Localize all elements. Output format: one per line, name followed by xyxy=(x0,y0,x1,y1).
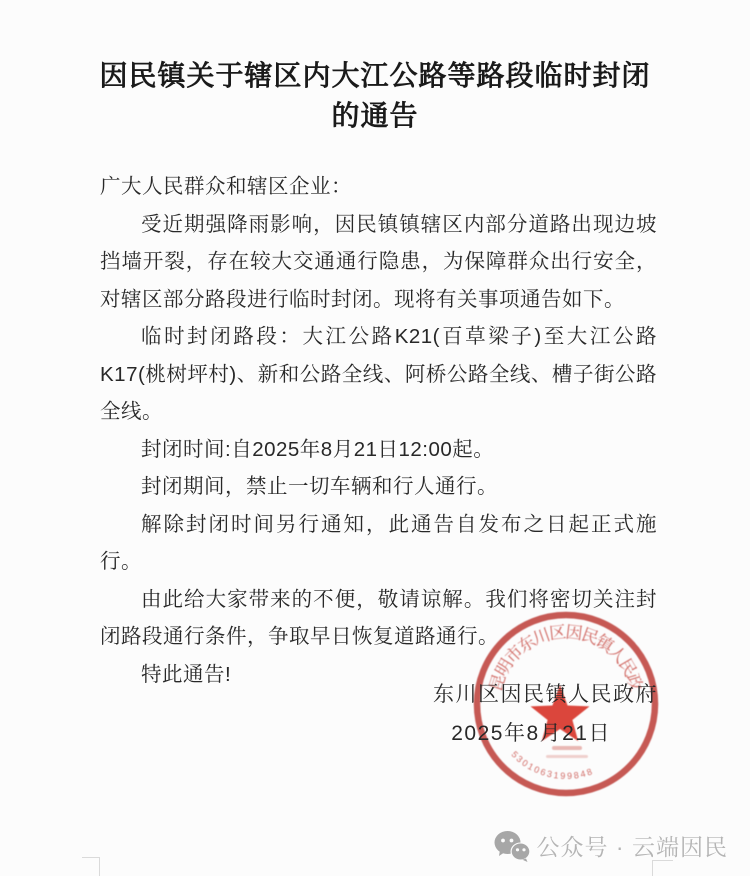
paragraph-ban: 封闭期间，禁止一切车辆和行人通行。 xyxy=(100,468,657,506)
issuer-name: 东川区因民镇人民政府 xyxy=(433,678,658,708)
frame-corner-right-icon xyxy=(652,860,673,876)
issue-date: 2025年8月21日 xyxy=(451,717,611,747)
paragraph-apology: 由此给大家带来的不便，敬请谅解。我们将密切关注封闭路段通行条件，争取早日恢复道路… xyxy=(100,581,657,656)
wechat-icon xyxy=(494,830,530,862)
frame-corner-left-icon xyxy=(82,857,100,876)
paragraph-closed-sections: 临时封闭路段：大江公路K21(百草梁子)至大江公路K17(桃树坪村)、新和公路全… xyxy=(100,318,657,431)
notice-title-line2: 的通告 xyxy=(40,96,710,136)
seal-smudge xyxy=(546,755,588,758)
wechat-watermark: 公众号 · 云端因民 xyxy=(494,829,728,862)
paragraph-lift-notice: 解除封闭时间另行通知，此通告自发布之日起正式施行。 xyxy=(100,506,657,581)
salutation: 广大人民群众和辖区企业： xyxy=(100,168,657,206)
notice-body: 广大人民群众和辖区企业： 受近期强降雨影响，因民镇镇辖区内部分道路出现边坡挡墙开… xyxy=(100,168,657,693)
watermark-label: 公众号 · 云端因民 xyxy=(537,829,728,862)
paragraph-impact: 受近期强降雨影响，因民镇镇辖区内部分道路出现边坡挡墙开裂，存在较大交通通行隐患，… xyxy=(100,206,657,319)
seal-code: 5301063199848 xyxy=(509,749,595,781)
paragraph-closure-time: 封闭时间:自2025年8月21日12:00起。 xyxy=(100,431,657,469)
notice-title: 因民镇关于辖区内大江公路等路段临时封闭 的通告 xyxy=(40,56,710,136)
notice-title-line1: 因民镇关于辖区内大江公路等路段临时封闭 xyxy=(40,56,710,96)
notice-document: 因民镇关于辖区内大江公路等路段临时封闭 的通告 广大人民群众和辖区企业： 受近期… xyxy=(0,0,750,876)
